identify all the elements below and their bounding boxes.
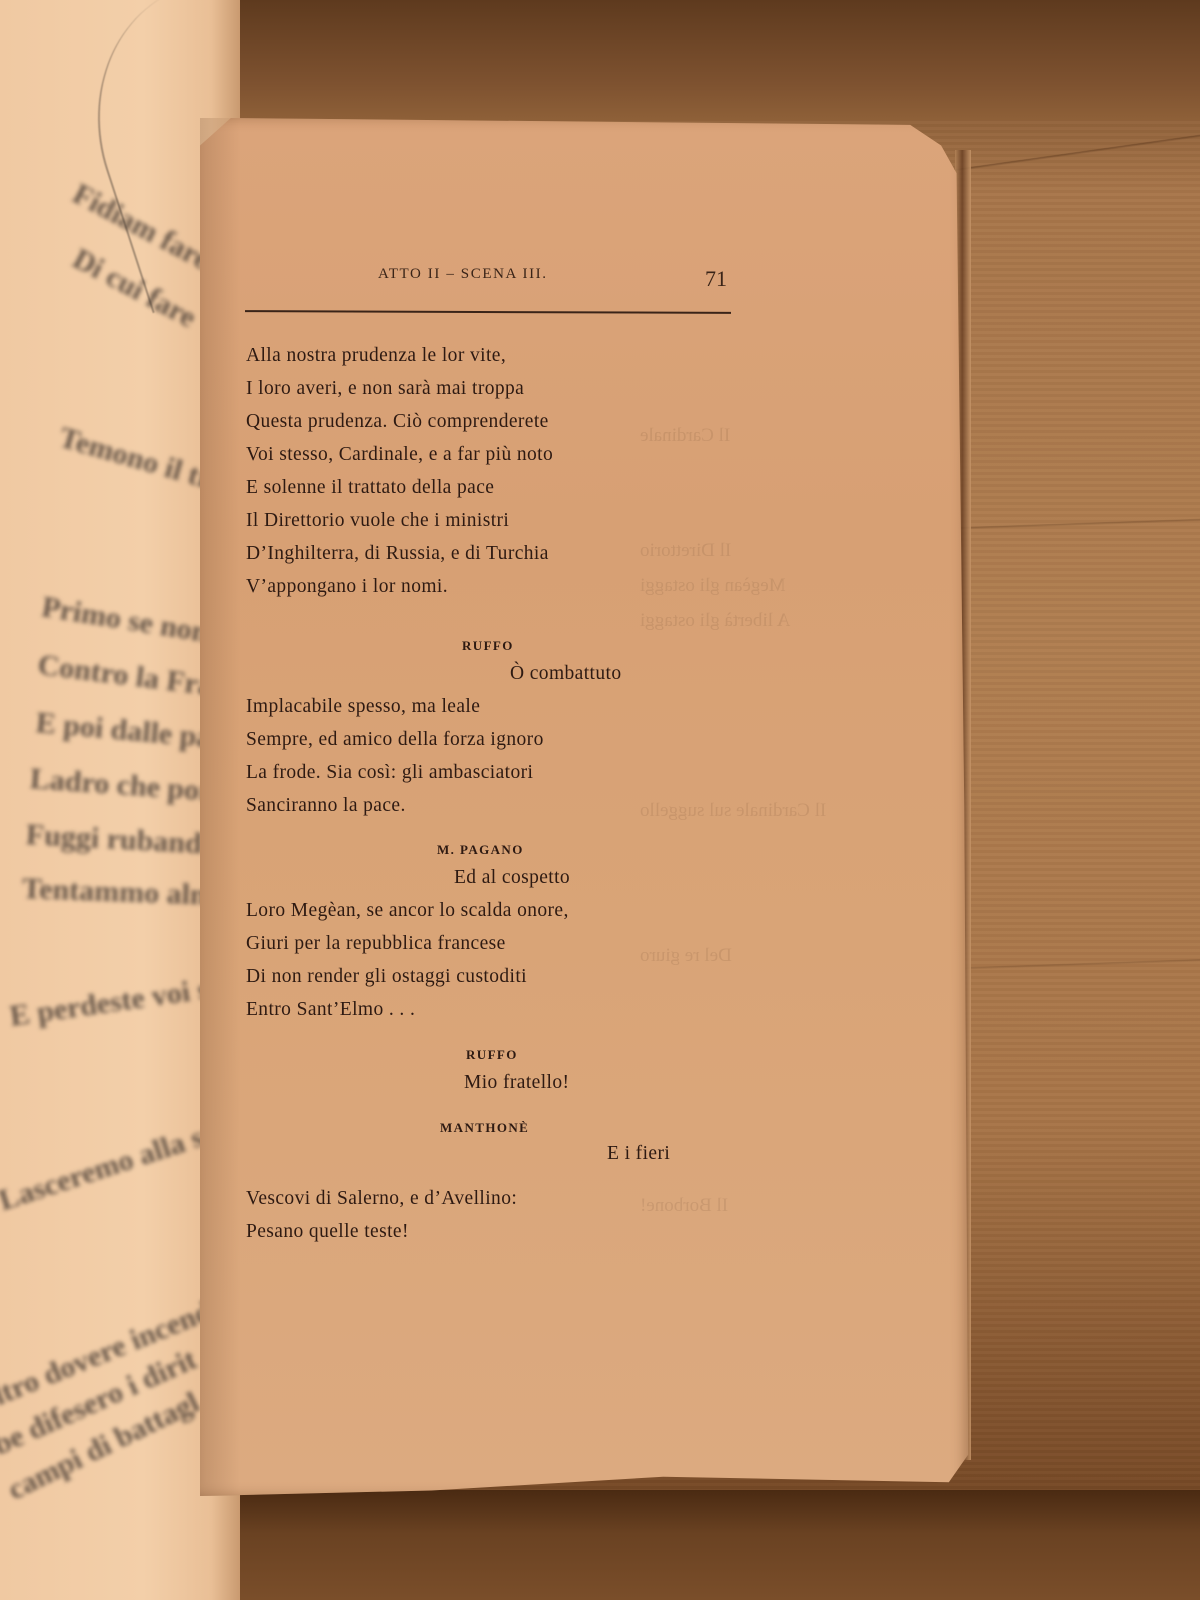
verse-line: Questa prudenza. Ciò comprenderete bbox=[246, 411, 549, 433]
verse-line: Pesano quelle teste! bbox=[246, 1221, 409, 1243]
show-through-text: Il Borbone! bbox=[640, 1195, 728, 1217]
table-shadow-top bbox=[235, 0, 1200, 120]
speaker-name: RUFFO bbox=[466, 1047, 518, 1063]
verse-line: V’appongano i lor nomi. bbox=[246, 576, 448, 598]
verse-line: Ò combattuto bbox=[510, 663, 622, 685]
verse-line: E solenne il trattato della pace bbox=[246, 477, 494, 499]
verse-line: D’Inghilterra, di Russia, e di Turchia bbox=[246, 543, 549, 565]
verse-line: Alla nostra prudenza le lor vite, bbox=[246, 345, 506, 367]
verse-line: Loro Megèan, se ancor lo scalda onore, bbox=[246, 900, 569, 922]
show-through-text: Megèan gli ostaggi bbox=[640, 575, 786, 597]
show-through-text: Il Direttorio bbox=[640, 540, 731, 562]
verse-line: E i fieri bbox=[607, 1143, 670, 1165]
speaker-name: RUFFO bbox=[462, 638, 514, 654]
show-through-text: A libertà gli ostaggi bbox=[640, 610, 790, 632]
verse-line: Vescovi di Salerno, e d’Avellino: bbox=[246, 1188, 517, 1210]
verse-line: Ed al cospetto bbox=[454, 867, 570, 889]
show-through-text: Del re giuro bbox=[640, 945, 732, 967]
verse-line: Sanciranno la pace. bbox=[246, 795, 406, 817]
speaker-name: M. PAGANO bbox=[437, 842, 524, 858]
gutter-shadow bbox=[200, 118, 240, 1496]
verse-line: I loro averi, e non sarà mai troppa bbox=[246, 378, 524, 400]
verse-line: La frode. Sia così: gli ambasciatori bbox=[246, 762, 533, 784]
verse-line: Implacabile spesso, ma leale bbox=[246, 696, 480, 718]
verse-line: Il Direttorio vuole che i ministri bbox=[246, 510, 509, 532]
show-through-text: Il Cardinale sul suggello bbox=[640, 800, 826, 822]
verse-line: Giuri per la repubblica francese bbox=[246, 933, 506, 955]
table-shadow-bottom bbox=[190, 1490, 1200, 1600]
speaker-name: MANTHONÈ bbox=[440, 1120, 529, 1136]
verse-line: Entro Sant’Elmo . . . bbox=[246, 999, 415, 1021]
verse-line: Di non render gli ostaggi custoditi bbox=[246, 966, 527, 988]
show-through-text: Il Cardinale bbox=[640, 425, 730, 447]
verse-line: Voi stesso, Cardinale, e a far più noto bbox=[246, 444, 553, 466]
verse-line: Sempre, ed amico della forza ignoro bbox=[246, 729, 544, 751]
verse-line: Mio fratello! bbox=[464, 1072, 569, 1094]
page-number: 71 bbox=[705, 266, 727, 292]
running-head: ATTO II – SCENA III. bbox=[378, 266, 548, 283]
